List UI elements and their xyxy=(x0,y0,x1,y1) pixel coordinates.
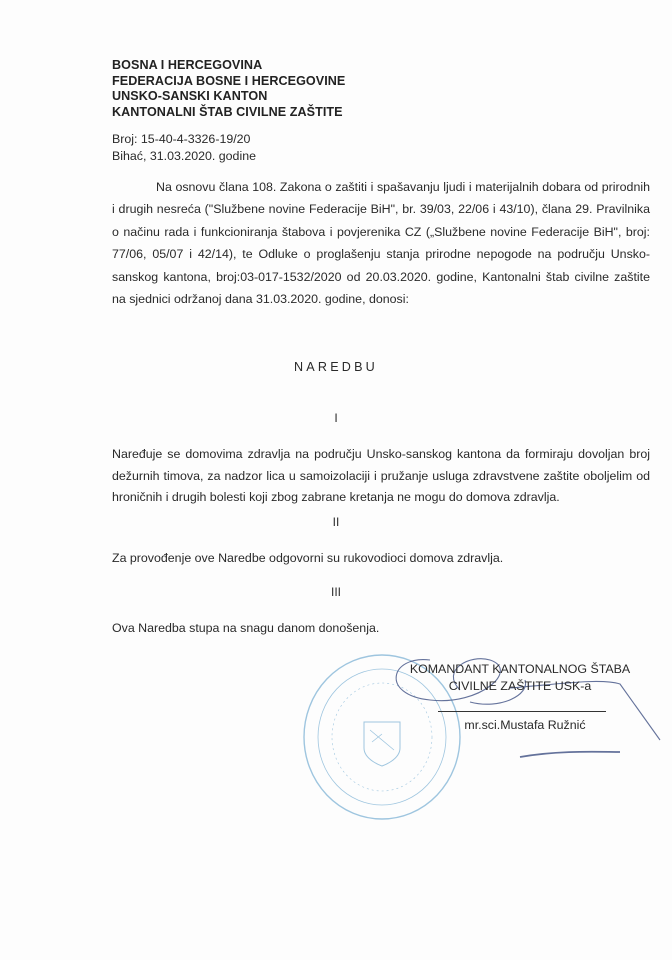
document-number: Broj: 15-40-4-3326-19/20 xyxy=(112,131,256,148)
letterhead-line-office: KANTONALNI ŠTAB CIVILNE ZAŠTITE xyxy=(112,105,345,121)
document-title: NAREDBU xyxy=(0,360,672,374)
signature-line xyxy=(438,711,606,712)
document-place-date: Bihać, 31.03.2020. godine xyxy=(112,148,256,165)
document-meta: Broj: 15-40-4-3326-19/20 Bihać, 31.03.20… xyxy=(112,131,256,165)
signatory-name: mr.sci.Mustafa Ružnić xyxy=(440,718,610,732)
section-numeral-2: II xyxy=(0,515,672,529)
letterhead-line-federation: FEDERACIJA BOSNE I HERCEGOVINE xyxy=(112,74,345,90)
signatory-title-line1: KOMANDANT KANTONALNOG ŠTABA xyxy=(400,661,640,678)
letterhead-line-canton: UNSKO-SANSKI KANTON xyxy=(112,89,345,105)
signature-block: KOMANDANT KANTONALNOG ŠTABA CIVILNE ZAŠT… xyxy=(400,661,640,694)
preamble-paragraph: Na osnovu člana 108. Zakona o zaštiti i … xyxy=(112,176,650,310)
letterhead-line-country: BOSNA I HERCEGOVINA xyxy=(112,58,345,74)
signatory-title-line2: CIVILNE ZAŠTITE USK-a xyxy=(400,678,640,695)
section-text-2: Za provođenje ove Naredbe odgovorni su r… xyxy=(112,548,650,570)
section-text-1: Naređuje se domovima zdravlja na područj… xyxy=(112,444,650,509)
letterhead: BOSNA I HERCEGOVINA FEDERACIJA BOSNE I H… xyxy=(112,58,345,120)
section-text-3: Ova Naredba stupa na snagu danom donošen… xyxy=(112,618,650,640)
section-numeral-3: III xyxy=(0,585,672,599)
document-page: BOSNA I HERCEGOVINA FEDERACIJA BOSNE I H… xyxy=(0,0,672,960)
section-numeral-1: I xyxy=(0,411,672,425)
